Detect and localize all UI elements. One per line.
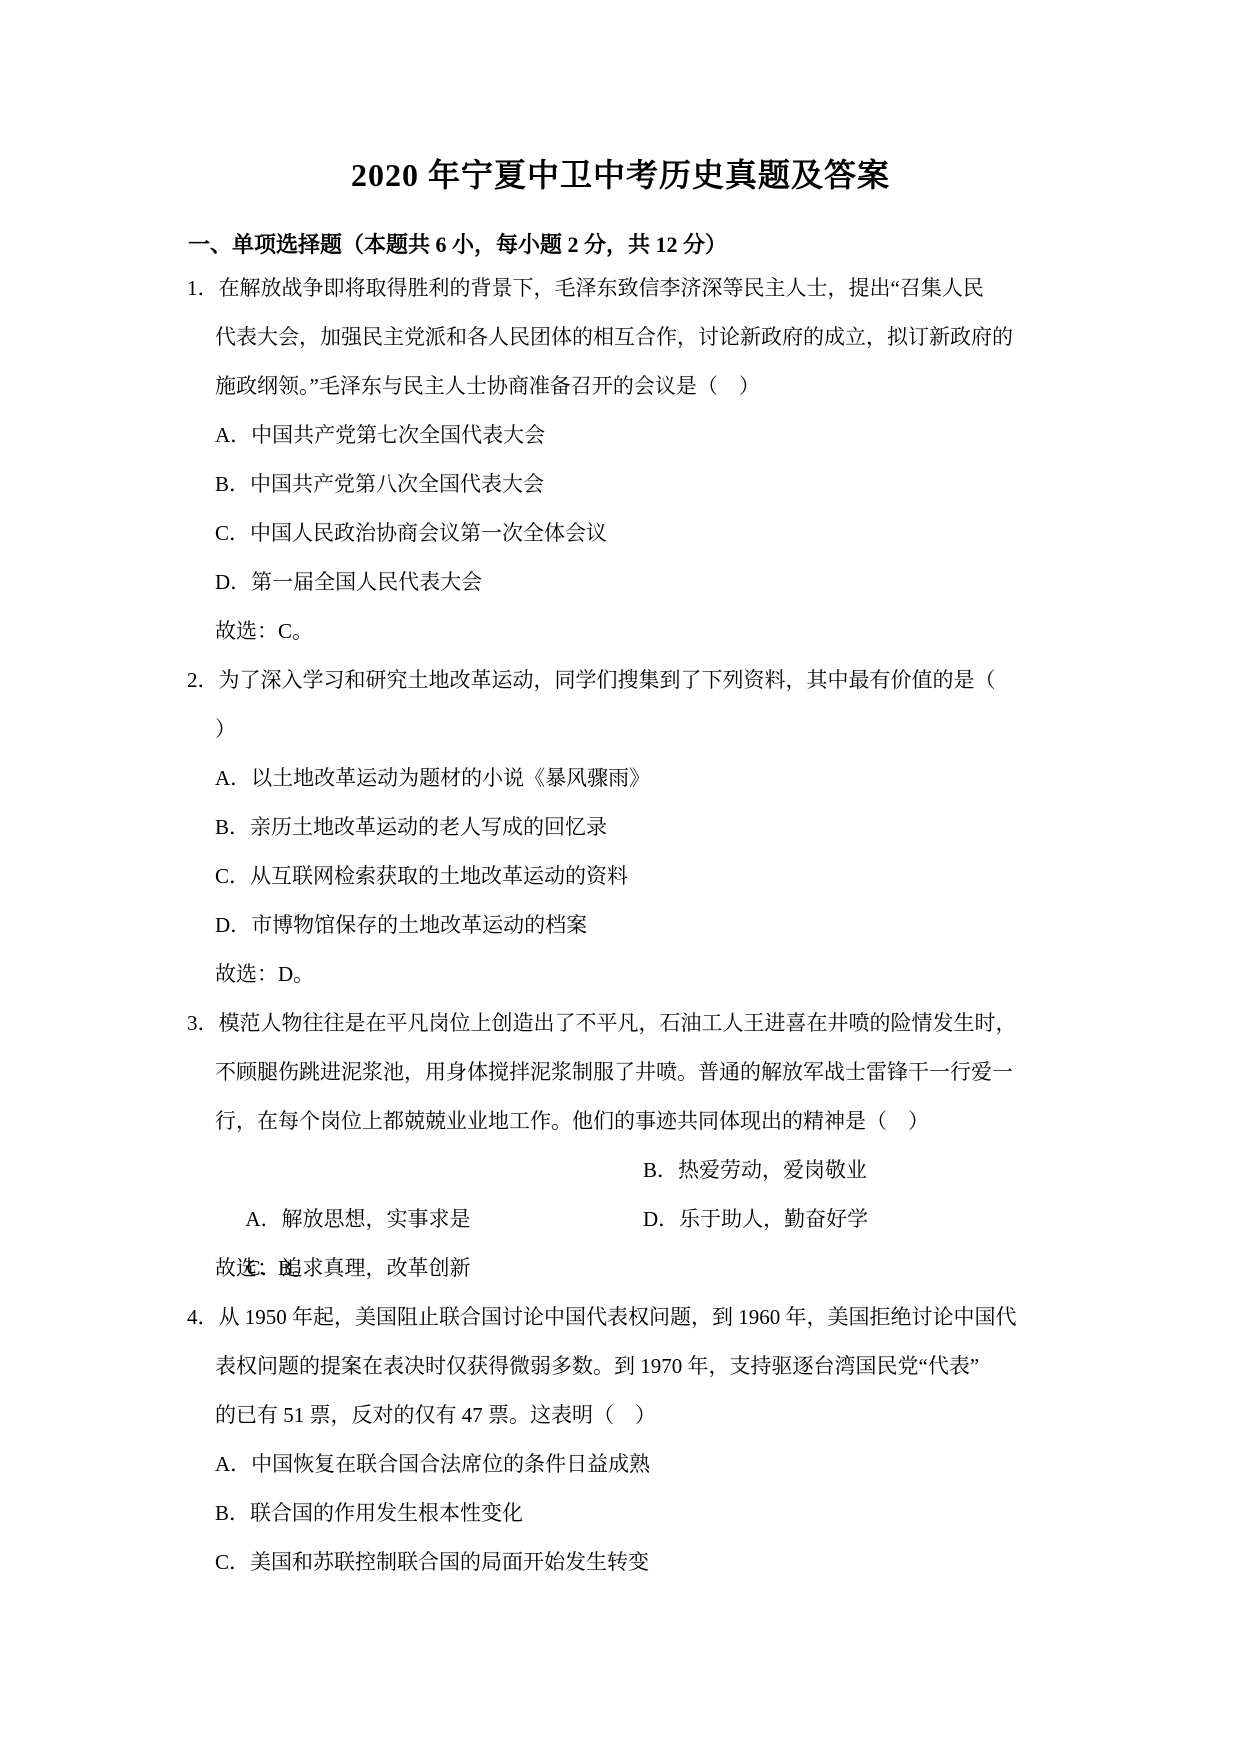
question-2-line-2: ） (0, 705, 1241, 754)
question-4-line-1: 4．从 1950 年起，美国阻止联合国讨论中国代表权问题，到 1960 年，美国… (0, 1293, 1241, 1342)
question-3-options-row-2: C．追求真理，改革创新 D．乐于助人，勤奋好学 (0, 1195, 1241, 1244)
question-4-line-2: 表权问题的提案在表决时仅获得微弱多数。到 1970 年，支持驱逐台湾国民党“代表… (0, 1342, 1241, 1391)
question-4-line-3: 的已有 51 票，反对的仅有 47 票。这表明（ ） (0, 1391, 1241, 1440)
question-3-line-2: 不顾腿伤跳进泥浆池，用身体搅拌泥浆制服了井喷。普通的解放军战士雷锋干一行爱一 (0, 1048, 1241, 1097)
questions-area: 1．在解放战争即将取得胜利的背景下，毛泽东致信李济深等民主人士，提出“召集人民 … (0, 264, 1241, 1587)
question-1-option-d: D．第一届全国人民代表大会 (0, 558, 1241, 607)
question-2-option-c: C．从互联网检索获取的土地改革运动的资料 (0, 852, 1241, 901)
question-1-option-a: A．中国共产党第七次全国代表大会 (0, 411, 1241, 460)
question-2-option-a: A．以土地改革运动为题材的小说《暴风骤雨》 (0, 754, 1241, 803)
question-1-line-1: 1．在解放战争即将取得胜利的背景下，毛泽东致信李济深等民主人士，提出“召集人民 (0, 264, 1241, 313)
question-3-options-row-1: A．解放思想，实事求是 B．热爱劳动，爱岗敬业 (0, 1146, 1241, 1195)
question-3-option-c: C．追求真理，改革创新 (247, 1256, 471, 1280)
question-4-option-b: B．联合国的作用发生根本性变化 (0, 1489, 1241, 1538)
question-3-answer: 故选：B。 (0, 1244, 1241, 1293)
question-3-line-3: 行，在每个岗位上都兢兢业业地工作。他们的事迹共同体现出的精神是（ ） (0, 1097, 1241, 1146)
question-1-option-b: B．中国共产党第八次全国代表大会 (0, 460, 1241, 509)
question-3-option-d: D．乐于助人，勤奋好学 (643, 1195, 868, 1244)
question-2-option-d: D．市博物馆保存的土地改革运动的档案 (0, 901, 1241, 950)
question-2-answer: 故选：D。 (0, 950, 1241, 999)
section-heading: 一、单项选择题（本题共 6 小，每小题 2 分，共 12 分） (188, 228, 727, 259)
document-page: 2020 年宁夏中卫中考历史真题及答案 一、单项选择题（本题共 6 小，每小题 … (0, 0, 1241, 1754)
page-title: 2020 年宁夏中卫中考历史真题及答案 (0, 150, 1241, 196)
question-2-line-1: 2．为了深入学习和研究土地改革运动，同学们搜集到了下列资料，其中最有价值的是（ (0, 656, 1241, 705)
question-1-line-3: 施政纲领。”毛泽东与民主人士协商准备召开的会议是（ ） (0, 362, 1241, 411)
question-1-option-c: C．中国人民政治协商会议第一次全体会议 (0, 509, 1241, 558)
question-4-option-a: A．中国恢复在联合国合法席位的条件日益成熟 (0, 1440, 1241, 1489)
question-3-line-1: 3．模范人物往往是在平凡岗位上创造出了不平凡，石油工人王进喜在井喷的险情发生时， (0, 999, 1241, 1048)
question-1-answer: 故选：C。 (0, 607, 1241, 656)
question-4-option-c: C．美国和苏联控制联合国的局面开始发生转变 (0, 1538, 1241, 1587)
question-1-line-2: 代表大会，加强民主党派和各人民团体的相互合作，讨论新政府的成立，拟订新政府的 (0, 313, 1241, 362)
question-2-option-b: B．亲历土地改革运动的老人写成的回忆录 (0, 803, 1241, 852)
question-3-option-b: B．热爱劳动，爱岗敬业 (643, 1146, 867, 1195)
